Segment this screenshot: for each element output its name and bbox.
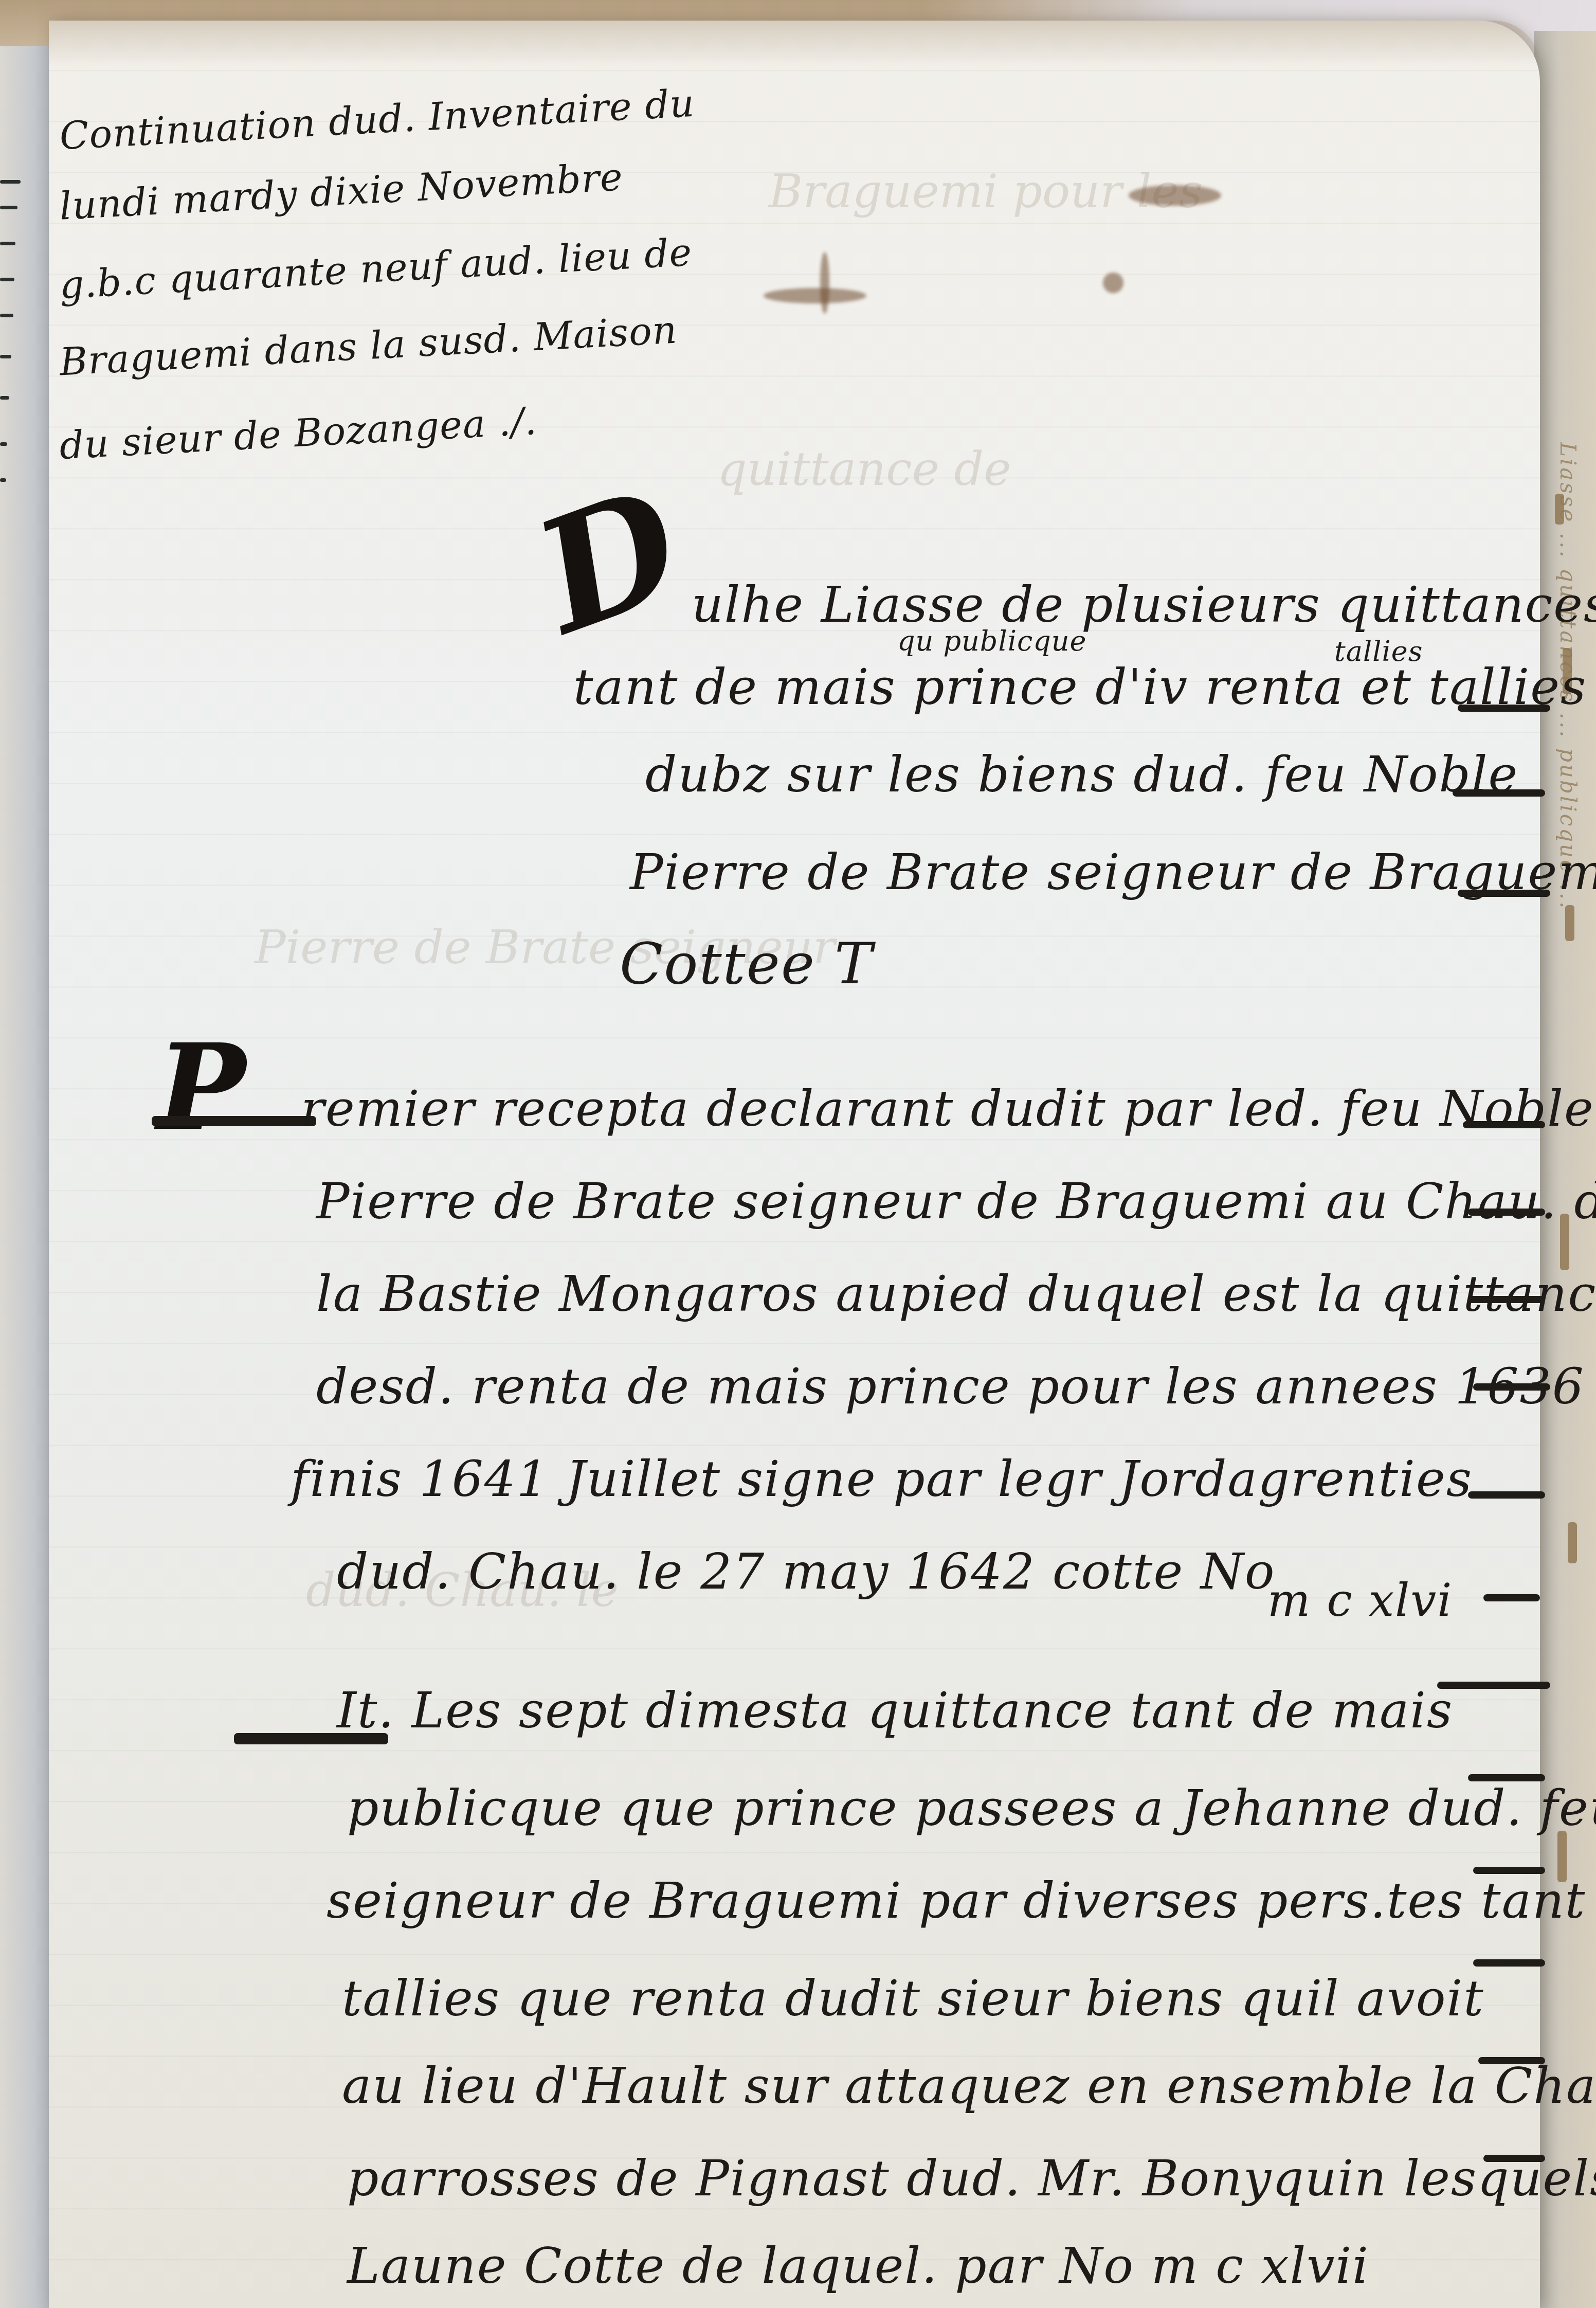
entry-line: publicque que prince passees a Jehanne d…: [347, 1779, 1596, 1837]
bleed-through-text: quittance de: [717, 442, 1011, 496]
line-filler: [1478, 2057, 1545, 2064]
entry-line: finis 1641 Juillet signe par legr Jordag…: [291, 1450, 1473, 1508]
line-filler: [1473, 1383, 1550, 1391]
ink-stain: [1103, 273, 1123, 293]
entry-line: Laune Cotte de laquel. par No m c xlvii: [347, 2237, 1369, 2295]
ink-stain: [820, 252, 829, 314]
line-filler: [1483, 1594, 1540, 1601]
left-facing-page-edge: [0, 46, 57, 2308]
entry-line: tallies que renta dudit sieur biens quil…: [342, 1970, 1484, 2027]
ink-stain: [764, 288, 866, 303]
title-line: Cottee T: [620, 931, 873, 997]
entry-line: la Bastie Mongaros aupied duquel est la …: [316, 1265, 1596, 1323]
manuscript-page: Braguemi pour les quittance de Pierre de…: [49, 21, 1540, 2308]
entry-line: remier recepta declarant dudit par led. …: [301, 1080, 1594, 1138]
entry-line: It. Les sept dimesta quittance tant de m…: [337, 1682, 1453, 1739]
flourish: [152, 1116, 316, 1126]
title-line: tant de mais prince d'iv renta et tallie…: [573, 658, 1587, 716]
line-filler: [1483, 2155, 1545, 2162]
interlinear-insert: qu publicque: [897, 625, 1087, 657]
line-filler: [1468, 1774, 1545, 1781]
line-filler: [1463, 1121, 1545, 1128]
line-filler: [1437, 1682, 1550, 1689]
line-filler: [1453, 789, 1545, 797]
line-filler: [1473, 1867, 1545, 1874]
entry-line: au lieu d'Hault sur attaquez en ensemble…: [342, 2057, 1596, 2115]
title-line: ulhe Liasse de plusieurs quittances: [692, 576, 1596, 634]
cote-number: m c xlvi: [1267, 1574, 1453, 1627]
ink-stain: [1129, 185, 1221, 206]
title-line: Pierre de Brate seigneur de Braguemi: [630, 843, 1596, 901]
entry-line: Pierre de Brate seigneur de Braguemi au …: [316, 1173, 1596, 1230]
line-filler: [1468, 1296, 1545, 1303]
line-filler: [1473, 1959, 1545, 1967]
line-filler: [1458, 890, 1550, 897]
line-filler: [1458, 705, 1550, 712]
entry-line: desd. renta de mais prince pour les anne…: [316, 1358, 1585, 1415]
title-line: dubz sur les biens dud. feu Noble: [645, 746, 1518, 803]
drop-cap: P: [157, 1029, 246, 1147]
line-filler: [1468, 1491, 1545, 1499]
line-filler: [1468, 1209, 1545, 1216]
entry-line: dud. Chau. le 27 may 1642 cotte No: [337, 1543, 1276, 1600]
entry-line: seigneur de Braguemi par diverses pers.t…: [327, 1872, 1596, 1930]
entry-line: parrosses de Pignast dud. Mr. Bonyquin l…: [347, 2150, 1596, 2207]
